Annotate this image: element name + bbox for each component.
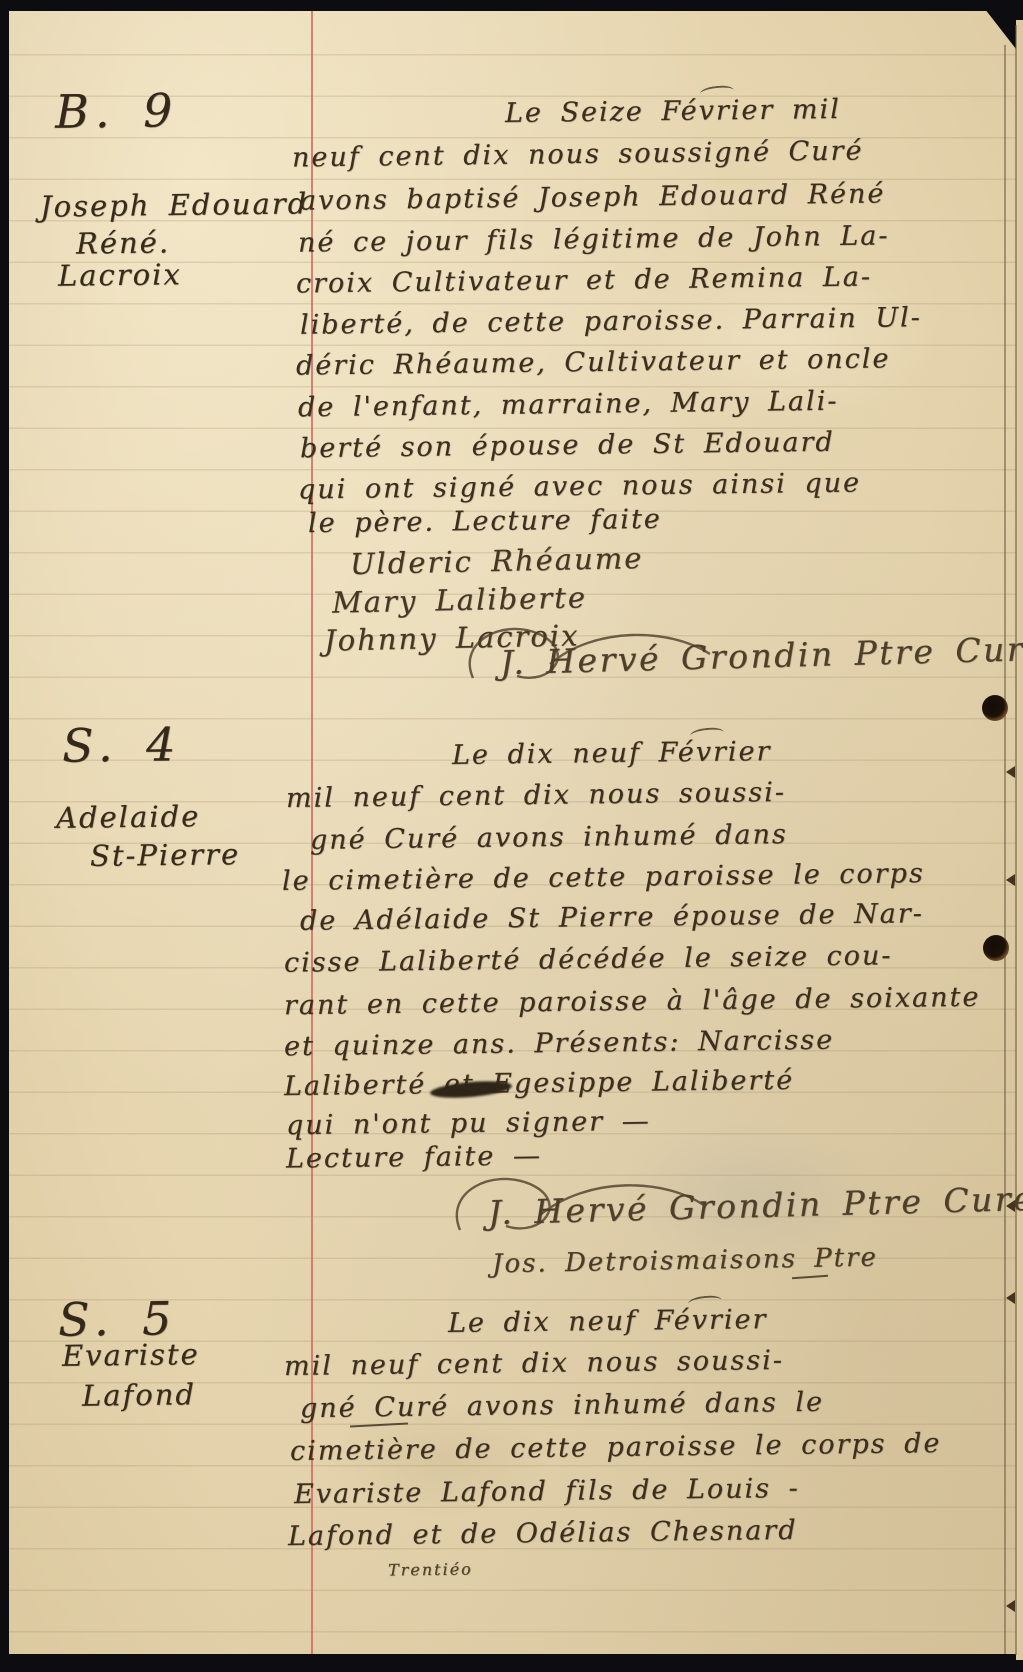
register-line: mil neuf cent dix nous soussi- xyxy=(284,1345,784,1382)
interlinear-note: Trentiéo xyxy=(388,1559,473,1579)
signature: Ulderic Rhéaume xyxy=(350,541,644,581)
margin-name: Réné. xyxy=(76,225,170,260)
register-line: Evariste Lafond fils de Louis - xyxy=(294,1473,800,1510)
margin-name: St-Pierre xyxy=(90,837,241,873)
page-edge-line xyxy=(1015,25,1017,1655)
page-stack-edge xyxy=(1016,20,1023,1660)
entry-code: S. 4 xyxy=(62,717,182,772)
margin-name: Evariste xyxy=(62,1337,200,1373)
scan-edge-left xyxy=(0,0,9,1672)
margin-name: Adelaide xyxy=(56,799,201,835)
register-page-scan: B. 9 Joseph Edouard Réné. Lacroix Le Sei… xyxy=(0,0,1023,1672)
register-line: Lafond et de Odélias Chesnard xyxy=(288,1515,798,1552)
scan-edge-top xyxy=(0,0,1023,11)
margin-name: Joseph Edouard xyxy=(40,186,309,223)
register-line: gné Curé avons inhumé dans le xyxy=(300,1387,824,1424)
binding-hole xyxy=(982,695,1008,721)
margin-name: Lacroix xyxy=(58,257,182,293)
register-line: le père. Lecture faite xyxy=(308,504,662,539)
register-line: mil neuf cent dix nous soussi- xyxy=(286,777,786,814)
register-line: Le dix neuf Février xyxy=(448,1304,768,1339)
entry-code: B. 9 xyxy=(55,83,179,139)
register-line: Le dix neuf Février xyxy=(452,736,772,771)
register-line: berté son épouse de St Edouard xyxy=(300,427,835,465)
register-line: qui n'ont pu signer — xyxy=(286,1106,651,1141)
binding-hole xyxy=(983,935,1009,961)
margin-name: Lafond xyxy=(82,1377,196,1412)
register-line: gné Curé avons inhumé dans xyxy=(310,819,788,856)
scan-edge-bottom xyxy=(0,1654,1023,1672)
page-edge-line xyxy=(1004,45,1006,1654)
register-line: Laliberté et Egesippe Laliberté xyxy=(284,1065,795,1102)
register-line: de l'enfant, marraine, Mary Lali- xyxy=(298,386,839,424)
register-line: Le Seize Février mil xyxy=(505,94,841,129)
